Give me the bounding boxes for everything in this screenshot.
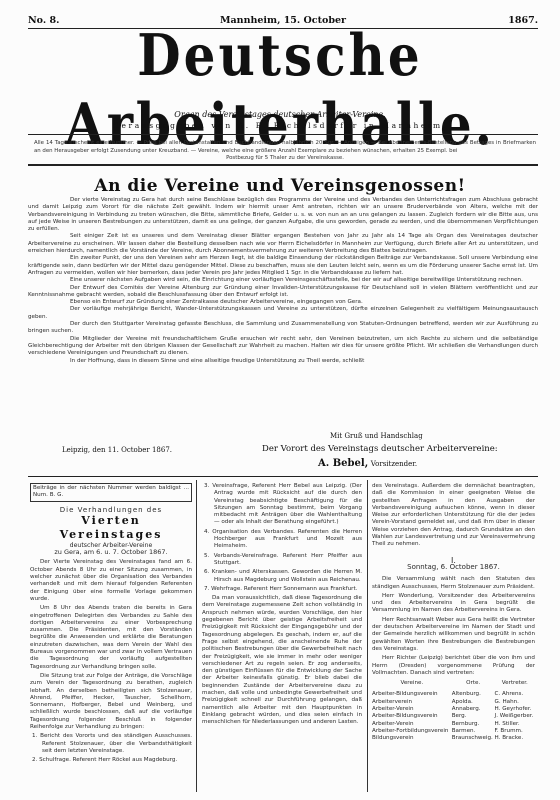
column-paragraph: Um 8 Uhr des Abends traten die bereits i… [30,605,192,671]
column-1: Beiträge in der nächsten Nummer werden b… [30,483,192,798]
boxed-notice: Beiträge in der nächsten Nummer werden b… [30,483,192,502]
signatory-role: Vorsitzender. [371,460,417,468]
column-paragraph: des Vereinstags. Außerdem die demnächst … [372,483,535,549]
lead-paragraph: Ebenso ein Entwurf zur Gründung einer Ze… [28,299,538,306]
column-paragraph: Der Vierte Vereinstag des Vereinstages f… [30,559,192,603]
subscription-notice: Alle 14 Tage erscheint eine Nummer. — Pr… [34,140,536,163]
newspaper-page: No. 8. Mannheim, 15. October 1867. Deuts… [0,0,560,800]
table-row: Arbeiter-VereinBernburg.H. Stiller. [372,721,535,728]
signatory-name: A. Bebel, [318,458,368,469]
table-cell: J. Weißgerber. [495,713,535,720]
report-pre-title: Die Verhandlungen des [30,507,192,514]
table-cell: Arbeiter-Verein [372,706,452,713]
report-title: Vierten Vereinstages [30,514,192,542]
lead-paragraph: Seit einiger Zeit ist es unseres und dem… [28,233,538,255]
column-divider [196,480,197,792]
table-row: Arbeiter-BildungsvereinAltenburg.C. Ahre… [372,691,535,698]
table-cell: Arbeiter-Bildungsverein [372,691,452,698]
lead-paragraph: Ein zweiter Punkt, der uns den Vereinen … [28,255,538,277]
table-cell: Arbeiter-Bildungsverein [372,713,452,720]
column-3: des Vereinstags. Außerdem die demnächst … [372,483,535,798]
table-row: BildungsvereinBraunschweig.H. Bracke. [372,735,535,742]
table-cell: H. Geyrhofer. [495,706,535,713]
agenda-item: 1. Bericht des Vororts und des ständigen… [30,733,192,755]
lead-paragraph: Die Mitglieder der Vereine mit freundsch… [28,336,538,358]
masthead-subtitle: Organ des Vereinstages deutscher Arbeite… [0,110,560,119]
table-row: ArbeitervereinApolda.G. Hahn. [372,699,535,706]
report-date-line: zu Gera, am 6. u. 7. October 1867. [30,549,192,556]
table-cell: Annaberg. [452,706,495,713]
table-cell: Altenburg. [452,691,495,698]
signatory: A. Bebel, Vorsitzender. [318,458,417,469]
table-cell: F. Brumm. [495,728,535,735]
column-paragraph: Herr Wonderlung, Vorsitzender des Arbeit… [372,593,535,615]
lead-paragraph: Eine unserer nächsten Aufgaben wird sein… [28,277,538,284]
table-header: Vereine. [372,680,452,691]
masthead-rule [28,134,538,135]
lead-article-body: Der vierte Vereinstag zu Gera hat durch … [28,197,538,425]
masthead-title: Deutsche Arbeiterhalle. [0,21,560,159]
table-cell: H. Bracke. [495,735,535,742]
table-cell: Berg. [452,713,495,720]
lead-paragraph: Der durch den Stuttgarter Vereinstag gef… [28,321,538,336]
table-row: Arbeiter-BildungsvereinBerg.J. Weißgerbe… [372,713,535,720]
table-cell: G. Hahn. [495,699,535,706]
table-cell: Apolda. [452,699,495,706]
table-cell: Arbeiter-Fortbildungsverein [372,728,452,735]
table-row: Arbeiter-FortbildungsvereinBarmen.F. Bru… [372,728,535,735]
column-paragraph: Da man voraussichtlich, daß diese Tageso… [202,595,362,726]
table-cell: Arbeiter-Verein [372,721,452,728]
section-date: Sonntag, 6. October 1867. [372,564,535,571]
agenda-item: 3. Vereinsfrage, Referent Herr Bebel aus… [202,483,362,527]
notice-rule [28,164,538,166]
table-cell: Braunschweig. [452,735,495,742]
notice-line-1: Alle 14 Tage erscheint eine Nummer. — Pr… [34,140,501,146]
closing-greeting: Mit Gruß und Handschlag [330,432,423,440]
agenda-item: 5. Verbands-Vereinsfrage. Referent Herr … [202,553,362,568]
table-cell: Bernburg. [452,721,495,728]
agenda-item: 2. Schulfrage. Referent Herr Röckel aus … [30,757,192,764]
agenda-item: 4. Organisation des Verbandes. Referente… [202,529,362,551]
signature-place-date: Leipzig, den 11. October 1867. [62,446,172,454]
lead-paragraph: Der vierte Vereinstag zu Gera hat durch … [28,197,538,233]
delegates-table: Vereine. Orte. Vertreter. Arbeiter-Bildu… [372,680,535,742]
agenda-item: 6. Kranken- und Alterskassen. Geworden d… [202,569,362,584]
column-paragraph: Herr Rechtsanwalt Weber aus Gera heißt d… [372,617,535,653]
column-paragraph: Die Sitzung trat zur Folge der Anträge, … [30,673,192,731]
column-2: 3. Vereinsfrage, Referent Herr Bebel aus… [202,483,362,793]
column-divider [367,480,368,792]
notice-line-3: Postbezug für 5 Thaler zu der Vereinskas… [34,155,536,163]
table-cell: C. Ahrens. [495,691,535,698]
table-cell: H. Stiller. [495,721,535,728]
table-header: Orte. [452,680,495,691]
table-cell: Arbeiterverein [372,699,452,706]
signatory-organization: Der Vorort des Vereinstags deutscher Arb… [262,444,498,454]
section-rule [28,476,538,477]
column-paragraph: Die Versammlung wählt nach den Statuten … [372,576,535,591]
table-header: Vertreter. [495,680,535,691]
lead-paragraph: In der Hoffnung, dass in diesem Sinne un… [28,358,538,365]
lead-paragraph: Der Entwurf des Comités der Vereine Alte… [28,285,538,300]
table-row: Arbeiter-VereinAnnaberg.H. Geyrhofer. [372,706,535,713]
lead-paragraph: Der vorläufige mehrjährige Bericht, Wand… [28,306,538,321]
lead-headline: An die Vereine und Vereinsgenossen! [0,176,560,196]
masthead-publisher: Herausgegeben von A. B. Eichelsdörfer in… [0,121,560,130]
table-cell: Barmen. [452,728,495,735]
table-cell: Bildungsverein [372,735,452,742]
column-paragraph: Herr Richter (Leipzig) berichtet über di… [372,655,535,677]
agenda-item: 7. Wehrfrage. Referent Herr Sonnemann au… [202,586,362,593]
